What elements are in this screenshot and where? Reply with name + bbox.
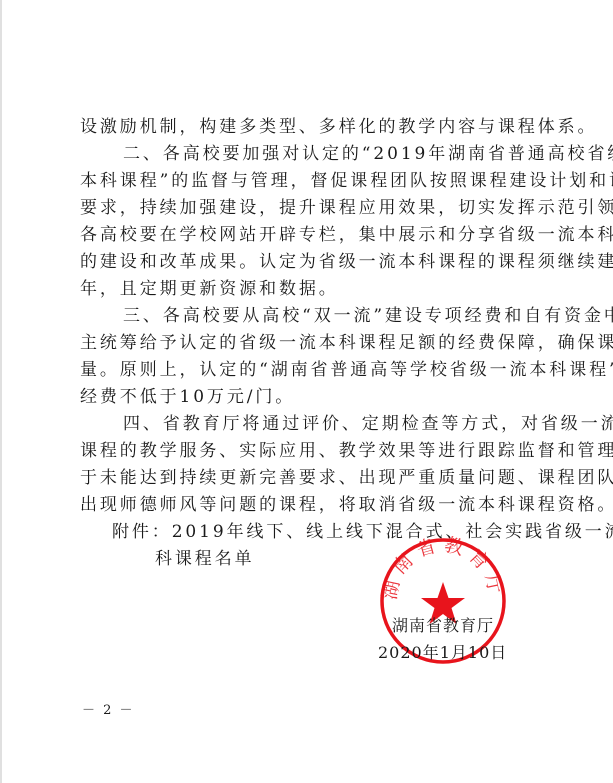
paragraph-2-line-1: 二、各高校要加强对认定的“2019年湖南省普通高校省级一流 xyxy=(123,144,538,164)
paragraph-3-line-1: 三、各高校要从高校“双一流”建设专项经费和自有资金中，自 xyxy=(123,306,538,326)
attachment-continuation: 科课程名单 xyxy=(155,549,255,569)
paragraph-4-line-3: 于未能达到持续更新完善要求、出现严重质量问题、课程团队成员 xyxy=(80,468,538,488)
paragraph-4-line-2: 课程的教学服务、实际应用、教学效果等进行跟踪监督和管理。对 xyxy=(80,441,538,461)
paragraph-2-line-4: 各高校要在学校网站开辟专栏，集中展示和分享省级一流本科课程 xyxy=(80,225,538,245)
attachment-label: 附件：2019年线下、线上线下混合式、社会实践省级一流本 xyxy=(112,522,538,542)
paragraph-2-line-5: 的建设和改革成果。认定为省级一流本科课程的课程须继续建设3 xyxy=(80,252,538,272)
paragraph-4-line-1: 四、省教育厅将通过评价、定期检查等方式，对省级一流本科 xyxy=(123,414,538,434)
paragraph-2-line-6: 年，且定期更新资源和数据。 xyxy=(80,279,538,299)
paragraph-3-line-2: 主统筹给予认定的省级一流本科课程足额的经费保障，确保课程质 xyxy=(80,333,538,353)
body-line-1: 设激励机制，构建多类型、多样化的教学内容与课程体系。 xyxy=(80,117,538,137)
issue-date: 2020年1月10日 xyxy=(378,643,507,663)
issuer-name: 湖南省教育厅 xyxy=(392,616,494,636)
paragraph-2-line-3: 要求，持续加强建设，提升课程应用效果，切实发挥示范引领作用。 xyxy=(80,198,538,218)
paragraph-3-line-4: 经费不低于10万元/门。 xyxy=(80,387,538,407)
paragraph-2-line-2: 本科课程”的监督与管理，督促课程团队按照课程建设计划和课程 xyxy=(80,171,538,191)
document-page: 设激励机制，构建多类型、多样化的教学内容与课程体系。 二、各高校要加强对认定的“… xyxy=(0,0,613,783)
paragraph-4-line-4: 出现师德师风等问题的课程，将取消省级一流本科课程资格。 xyxy=(80,495,538,515)
page-number: － 2 － xyxy=(82,699,135,718)
paragraph-3-line-3: 量。原则上，认定的“湖南省普通高等学校省级一流本科课程”资助 xyxy=(80,360,538,380)
svg-text:湖南省教育厅: 湖南省教育厅 xyxy=(379,536,507,602)
